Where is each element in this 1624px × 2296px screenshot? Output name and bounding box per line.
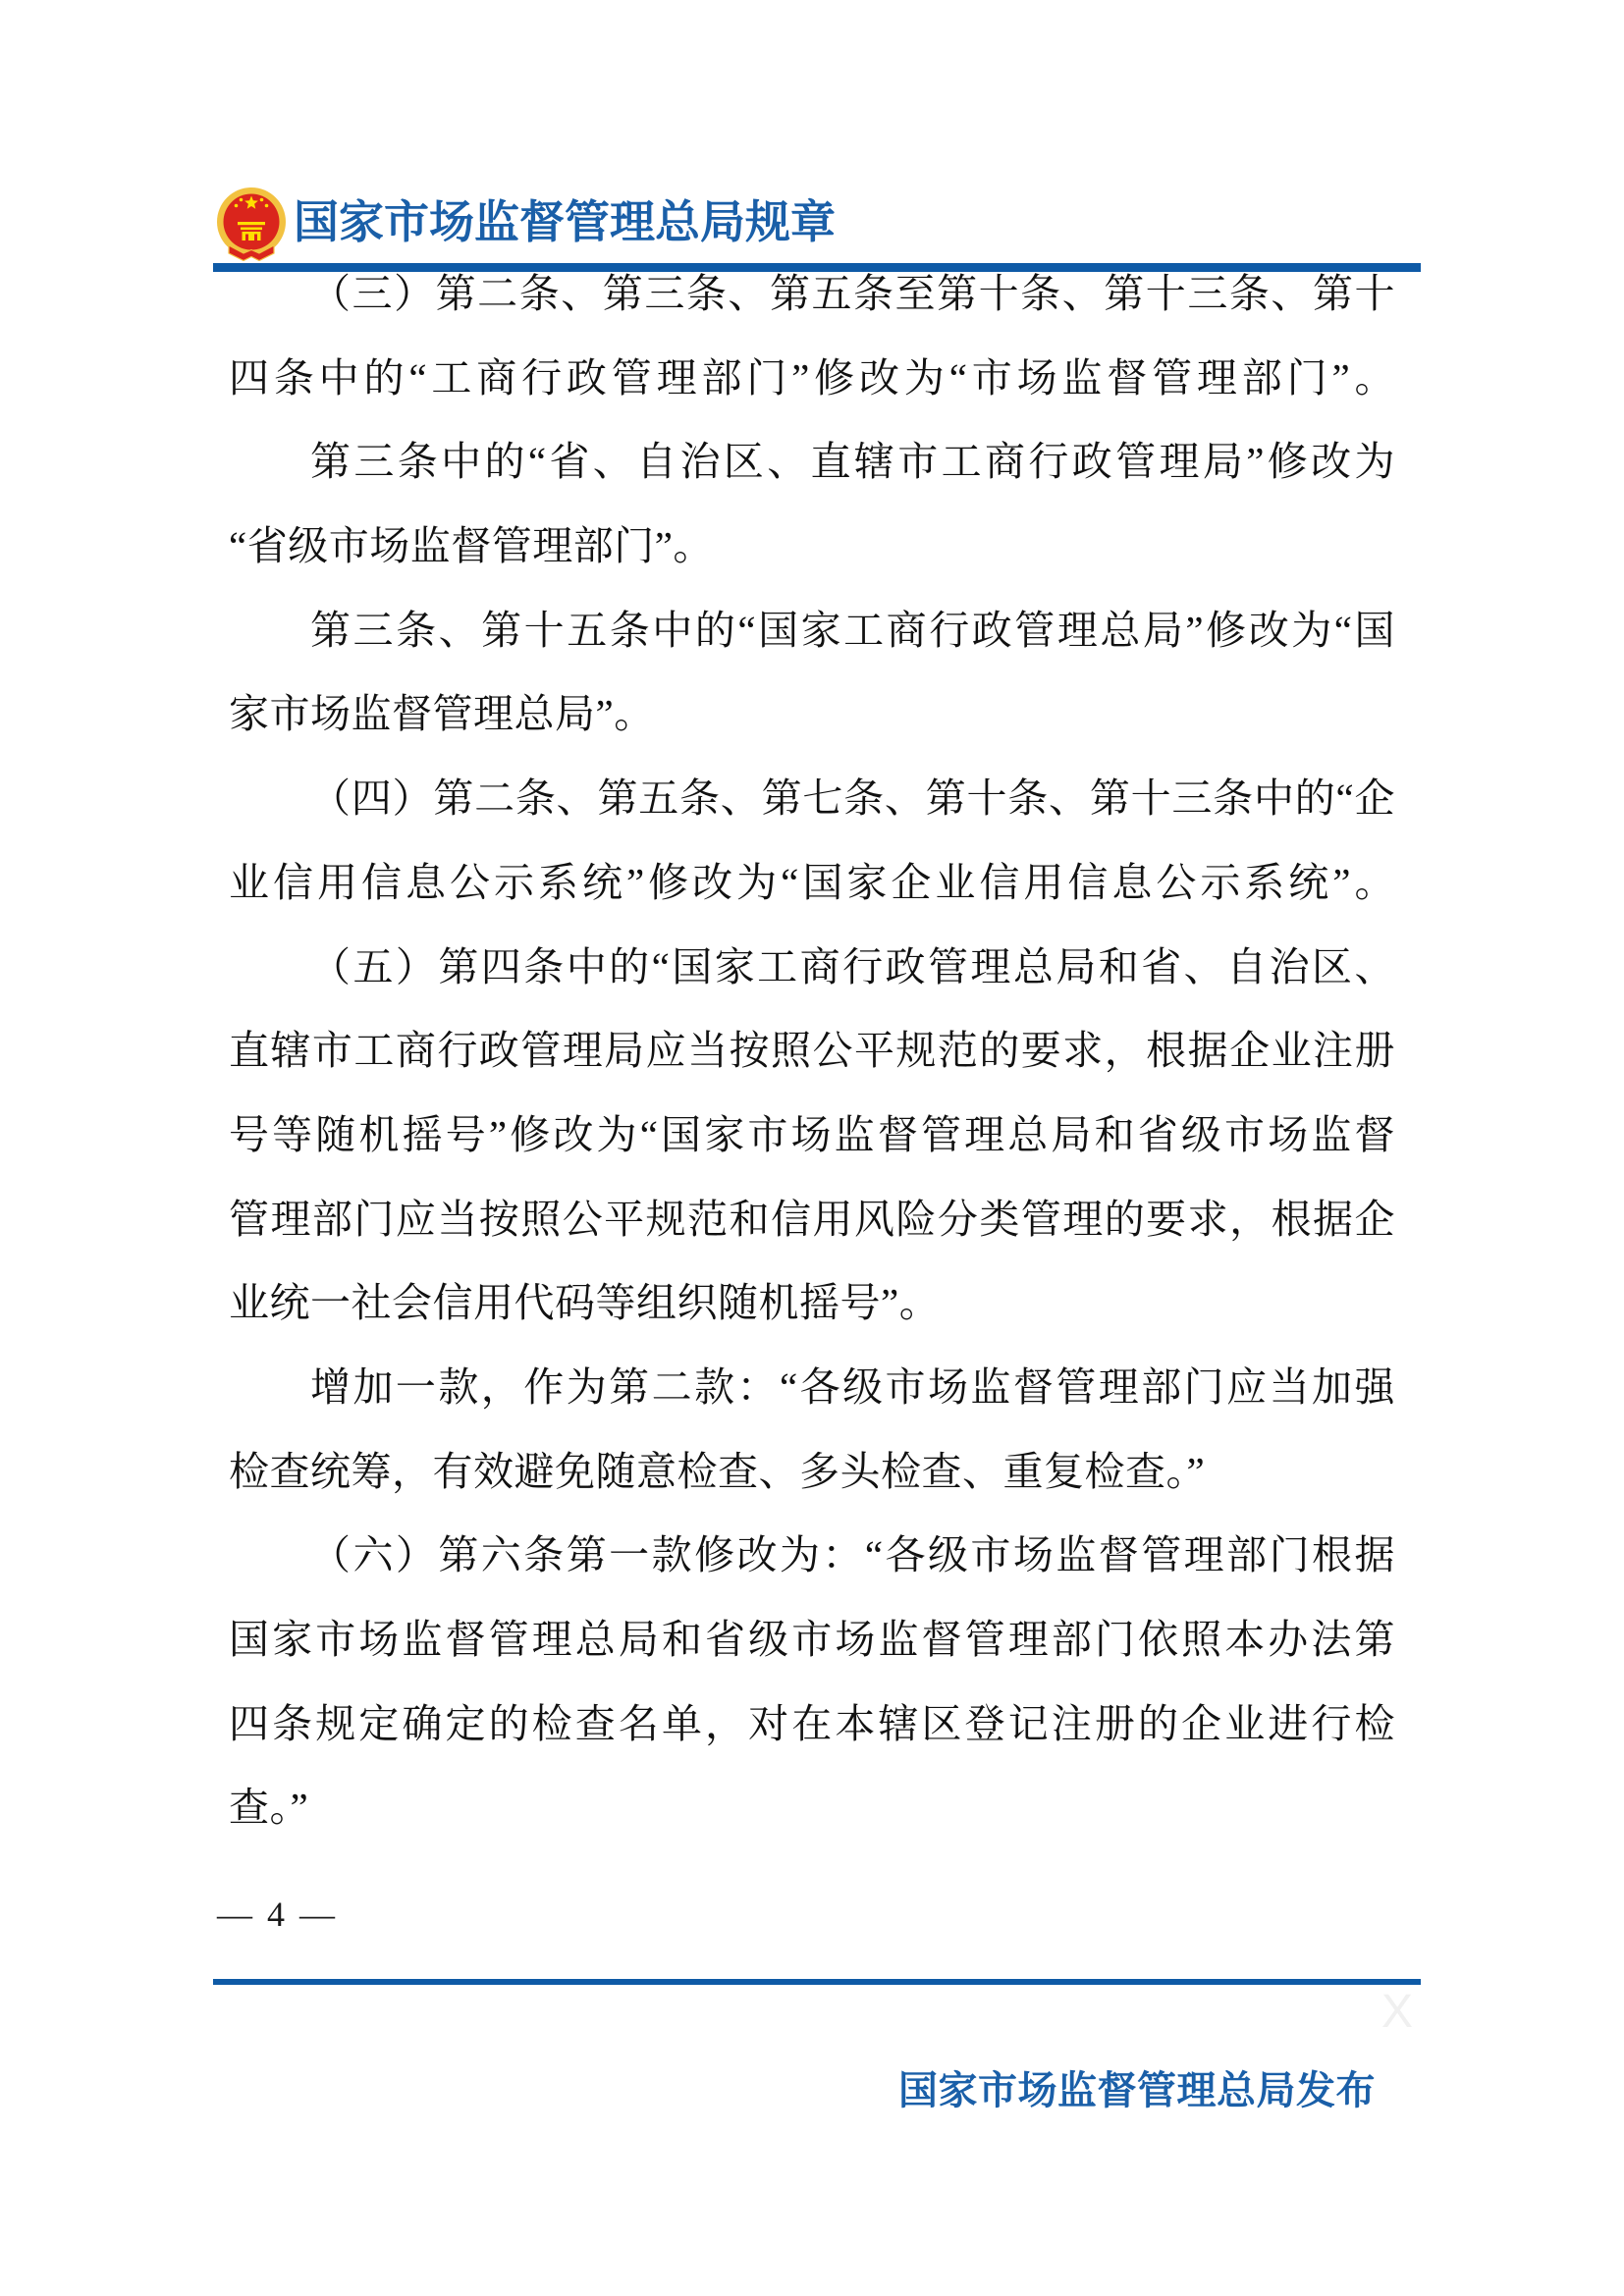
national-emblem-icon [216,187,287,261]
publisher-label: 国家市场监督管理总局发布 [898,2059,1376,2115]
body-line: 四条中的“工商行政管理部门”修改为“市场监督管理部门”。 [229,337,1395,421]
document-header-title: 国家市场监督管理总局规章 [294,195,836,249]
body-line: 管理部门应当按照公平规范和信用风险分类管理的要求，根据企 [229,1178,1395,1262]
body-line: 四条规定确定的检查名单，对在本辖区登记注册的企业进行检 [229,1682,1395,1767]
body-line: （四）第二条、第五条、第七条、第十条、第十三条中的“企 [229,757,1395,841]
body-line: 第三条、第十五条中的“国家工商行政管理总局”修改为“国 [229,589,1395,673]
document-body: （三）第二条、第三条、第五条至第十条、第十三条、第十 四条中的“工商行政管理部门… [229,252,1395,1850]
close-watermark-icon: X [1381,1989,1413,2036]
body-line: “省级市场监督管理部门”。 [229,505,1395,589]
body-line: 业统一社会信用代码等组织随机摇号”。 [229,1261,1395,1346]
body-line: 直辖市工商行政管理局应当按照公平规范的要求，根据企业注册 [229,1009,1395,1094]
body-line: （六）第六条第一款修改为：“各级市场监督管理部门根据 [229,1514,1395,1598]
body-line: 家市场监督管理总局”。 [229,672,1395,757]
body-line: （三）第二条、第三条、第五条至第十条、第十三条、第十 [229,252,1395,337]
body-line: 查。” [229,1766,1395,1850]
body-line: 增加一款，作为第二款：“各级市场监督管理部门应当加强 [229,1346,1395,1430]
body-line: 业信用信息公示系统”修改为“国家企业信用信息公示系统”。 [229,841,1395,926]
body-line: 号等随机摇号”修改为“国家市场监督管理总局和省级市场监督 [229,1094,1395,1178]
body-line: 国家市场监督管理总局和省级市场监督管理部门依照本办法第 [229,1598,1395,1682]
footer-divider [213,1979,1421,1985]
body-line: 检查统筹，有效避免随意检查、多头检查、重复检查。” [229,1430,1395,1515]
body-line: 第三条中的“省、自治区、直辖市工商行政管理局”修改为 [229,420,1395,505]
document-page: 国家市场监督管理总局规章 （三）第二条、第三条、第五条至第十条、第十三条、第十 … [0,0,1624,2296]
body-line: （五）第四条中的“国家工商行政管理总局和省、自治区、 [229,926,1395,1010]
page-number: — 4 — [217,1894,338,1935]
